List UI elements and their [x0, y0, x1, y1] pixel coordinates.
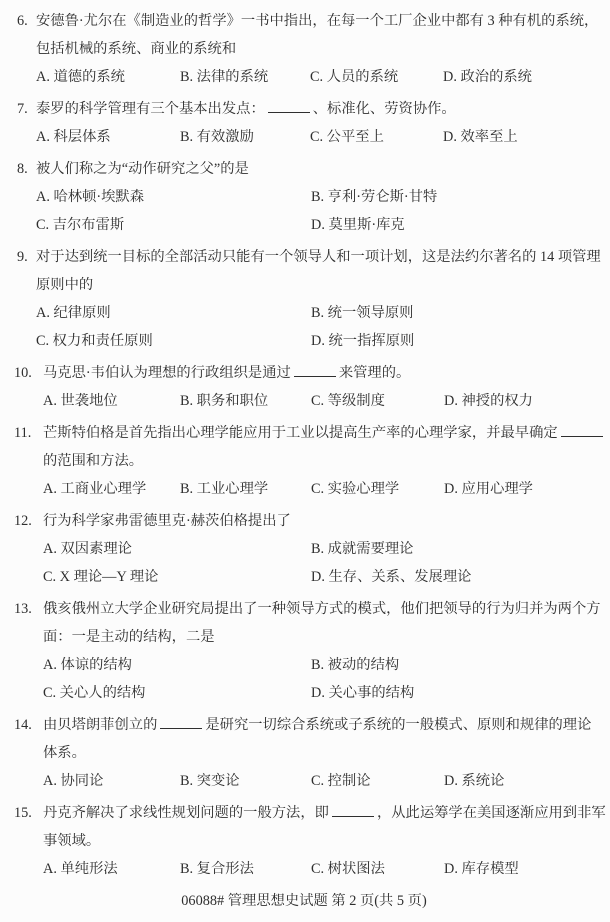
question-item-8: 8.被人们称之为“动作研究之父”的是 A. 哈林顿·埃默森 B. 亨利·劳仑斯·…: [8, 155, 600, 239]
question-number: 10.: [14, 359, 32, 387]
option-c: C. 人员的系统: [310, 63, 443, 91]
question-stem: 6.安德鲁·尤尔在《制造业的哲学》一书中指出，在每一个工厂企业中都有 3 种有机…: [36, 7, 600, 35]
options-row: A. 纪律原则 B. 统一领导原则: [36, 299, 600, 327]
option-d: D. 统一指挥原则: [311, 327, 600, 355]
options-row: A. 工商业心理学 B. 工业心理学 C. 实验心理学 D. 应用心理学: [43, 475, 600, 503]
option-a: A. 双因素理论: [43, 535, 311, 563]
question-text-continued: 体系。: [43, 739, 600, 767]
option-b: B. 亨利·劳仑斯·甘特: [311, 183, 600, 211]
question-text-continued: 事领域。: [43, 827, 600, 855]
option-d: D. 莫里斯·库克: [311, 211, 600, 239]
question-item-10: 10.马克思·韦伯认为理想的行政组织是通过来管理的。 A. 世袭地位 B. 职务…: [8, 359, 600, 415]
exam-page: 6.安德鲁·尤尔在《制造业的哲学》一书中指出，在每一个工厂企业中都有 3 种有机…: [0, 0, 610, 922]
question-text: 马克思·韦伯认为理想的行政组织是通过: [43, 365, 291, 381]
options-row: A. 单纯形法 B. 复合形法 C. 树状图法 D. 库存模型: [43, 855, 600, 883]
option-c: C. 吉尔布雷斯: [36, 211, 311, 239]
options-row: A. 哈林顿·埃默森 B. 亨利·劳仑斯·甘特: [36, 183, 600, 211]
question-number: 14.: [14, 711, 32, 739]
option-c: C. 等级制度: [311, 387, 444, 415]
question-text: 丹克齐解决了求线性规划问题的一般方法，即: [43, 805, 329, 821]
option-d: D. 系统论: [444, 767, 600, 795]
question-number: 13.: [14, 595, 32, 623]
option-b: B. 被动的结构: [311, 651, 600, 679]
option-c: C. 权力和责任原则: [36, 327, 311, 355]
question-stem: 8.被人们称之为“动作研究之父”的是: [36, 155, 600, 183]
page-footer: 06088# 管理思想史试题 第 2 页(共 5 页): [8, 887, 600, 915]
question-text: 安德鲁·尤尔在《制造业的哲学》一书中指出，在每一个工厂企业中都有 3 种有机的系…: [36, 13, 598, 29]
option-d: D. 生存、关系、发展理论: [311, 563, 600, 591]
question-item-12: 12.行为科学家弗雷德里克·赫茨伯格提出了 A. 双因素理论 B. 成就需要理论…: [8, 507, 600, 591]
option-d: D. 神授的权力: [444, 387, 600, 415]
question-text: 是研究一切综合系统或子系统的一般模式、原则和规律的理论: [205, 717, 591, 733]
question-item-9: 9.对于达到统一目标的全部活动只能有一个领导人和一项计划，这是法约尔著名的 14…: [8, 243, 600, 355]
option-c: C. 控制论: [311, 767, 444, 795]
question-text: 由贝塔朗菲创立的: [43, 717, 157, 733]
option-b: B. 突变论: [180, 767, 311, 795]
option-a: A. 纪律原则: [36, 299, 311, 327]
option-a: A. 体谅的结构: [43, 651, 311, 679]
answer-blank: [561, 422, 603, 437]
answer-blank: [294, 362, 336, 377]
question-text: 泰罗的科学管理有三个基本出发点：: [36, 101, 265, 117]
options-row: C. 权力和责任原则 D. 统一指挥原则: [36, 327, 600, 355]
options-row: A. 道德的系统 B. 法律的系统 C. 人员的系统 D. 政治的系统: [36, 63, 600, 91]
options-row: C. 吉尔布雷斯 D. 莫里斯·库克: [36, 211, 600, 239]
question-stem: 11.芒斯特伯格是首先指出心理学能应用于工业以提高生产率的心理学家，并最早确定: [43, 419, 600, 447]
question-stem: 7.泰罗的科学管理有三个基本出发点：、标准化、劳资协作。: [36, 95, 600, 123]
question-text: 行为科学家弗雷德里克·赫茨伯格提出了: [43, 513, 291, 529]
option-b: B. 统一领导原则: [311, 299, 600, 327]
options-row: C. X 理论—Y 理论 D. 生存、关系、发展理论: [43, 563, 600, 591]
options-row: A. 科层体系 B. 有效激励 C. 公平至上 D. 效率至上: [36, 123, 600, 151]
option-c: C. 实验心理学: [311, 475, 444, 503]
option-b: B. 工业心理学: [180, 475, 311, 503]
options-row: A. 协同论 B. 突变论 C. 控制论 D. 系统论: [43, 767, 600, 795]
question-text: 芒斯特伯格是首先指出心理学能应用于工业以提高生产率的心理学家，并最早确定: [43, 425, 558, 441]
option-a: A. 哈林顿·埃默森: [36, 183, 311, 211]
question-stem: 10.马克思·韦伯认为理想的行政组织是通过来管理的。: [43, 359, 600, 387]
option-a: A. 单纯形法: [43, 855, 180, 883]
question-stem: 9.对于达到统一目标的全部活动只能有一个领导人和一项计划，这是法约尔著名的 14…: [36, 243, 600, 271]
question-stem: 12.行为科学家弗雷德里克·赫茨伯格提出了: [43, 507, 600, 535]
question-item-13: 13.俄亥俄州立大学企业研究局提出了一种领导方式的模式，他们把领导的行为归并为两…: [8, 595, 600, 707]
question-text-continued: 的范围和方法。: [43, 447, 600, 475]
question-number: 7.: [17, 95, 28, 123]
question-text: ，从此运筹学在美国逐渐应用到非军: [377, 805, 606, 821]
option-a: A. 世袭地位: [43, 387, 180, 415]
question-text: 、标准化、劳资协作。: [313, 101, 456, 117]
option-a: A. 道德的系统: [36, 63, 180, 91]
option-c: C. X 理论—Y 理论: [43, 563, 311, 591]
option-a: A. 工商业心理学: [43, 475, 180, 503]
option-d: D. 效率至上: [443, 123, 600, 151]
question-number: 6.: [17, 7, 28, 35]
question-item-15: 15.丹克齐解决了求线性规划问题的一般方法，即，从此运筹学在美国逐渐应用到非军 …: [8, 799, 600, 883]
options-row: A. 体谅的结构 B. 被动的结构: [43, 651, 600, 679]
option-d: D. 关心事的结构: [311, 679, 600, 707]
question-number: 15.: [14, 799, 32, 827]
option-d: D. 库存模型: [444, 855, 600, 883]
answer-blank: [268, 98, 310, 113]
option-d: D. 应用心理学: [444, 475, 600, 503]
option-b: B. 职务和职位: [180, 387, 311, 415]
answer-blank: [160, 714, 202, 729]
option-b: B. 复合形法: [180, 855, 311, 883]
question-item-6: 6.安德鲁·尤尔在《制造业的哲学》一书中指出，在每一个工厂企业中都有 3 种有机…: [8, 7, 600, 91]
question-text: 被人们称之为“动作研究之父”的是: [36, 161, 249, 177]
option-c: C. 树状图法: [311, 855, 444, 883]
question-text: 俄亥俄州立大学企业研究局提出了一种领导方式的模式，他们把领导的行为归并为两个方: [43, 601, 601, 617]
option-a: A. 科层体系: [36, 123, 180, 151]
option-c: C. 关心人的结构: [43, 679, 311, 707]
question-text: 对于达到统一目标的全部活动只能有一个领导人和一项计划，这是法约尔著名的 14 项…: [36, 249, 601, 265]
question-text-continued: 原则中的: [36, 271, 600, 299]
option-c: C. 公平至上: [310, 123, 443, 151]
question-text-continued: 包括机械的系统、商业的系统和: [36, 35, 600, 63]
option-b: B. 有效激励: [180, 123, 310, 151]
question-number: 9.: [17, 243, 28, 271]
options-row: A. 世袭地位 B. 职务和职位 C. 等级制度 D. 神授的权力: [43, 387, 600, 415]
option-d: D. 政治的系统: [443, 63, 600, 91]
option-b: B. 法律的系统: [180, 63, 310, 91]
question-number: 11.: [14, 419, 31, 447]
options-row: A. 双因素理论 B. 成就需要理论: [43, 535, 600, 563]
options-row: C. 关心人的结构 D. 关心事的结构: [43, 679, 600, 707]
question-stem: 15.丹克齐解决了求线性规划问题的一般方法，即，从此运筹学在美国逐渐应用到非军: [43, 799, 600, 827]
question-number: 12.: [14, 507, 32, 535]
question-stem: 13.俄亥俄州立大学企业研究局提出了一种领导方式的模式，他们把领导的行为归并为两…: [43, 595, 600, 623]
question-stem: 14.由贝塔朗菲创立的是研究一切综合系统或子系统的一般模式、原则和规律的理论: [43, 711, 600, 739]
question-text-continued: 面：一是主动的结构，二是: [43, 623, 600, 651]
question-item-11: 11.芒斯特伯格是首先指出心理学能应用于工业以提高生产率的心理学家，并最早确定 …: [8, 419, 600, 503]
answer-blank: [332, 802, 374, 817]
question-item-7: 7.泰罗的科学管理有三个基本出发点：、标准化、劳资协作。 A. 科层体系 B. …: [8, 95, 600, 151]
question-text: 来管理的。: [339, 365, 410, 381]
question-item-14: 14.由贝塔朗菲创立的是研究一切综合系统或子系统的一般模式、原则和规律的理论 体…: [8, 711, 600, 795]
option-b: B. 成就需要理论: [311, 535, 600, 563]
question-number: 8.: [17, 155, 28, 183]
option-a: A. 协同论: [43, 767, 180, 795]
